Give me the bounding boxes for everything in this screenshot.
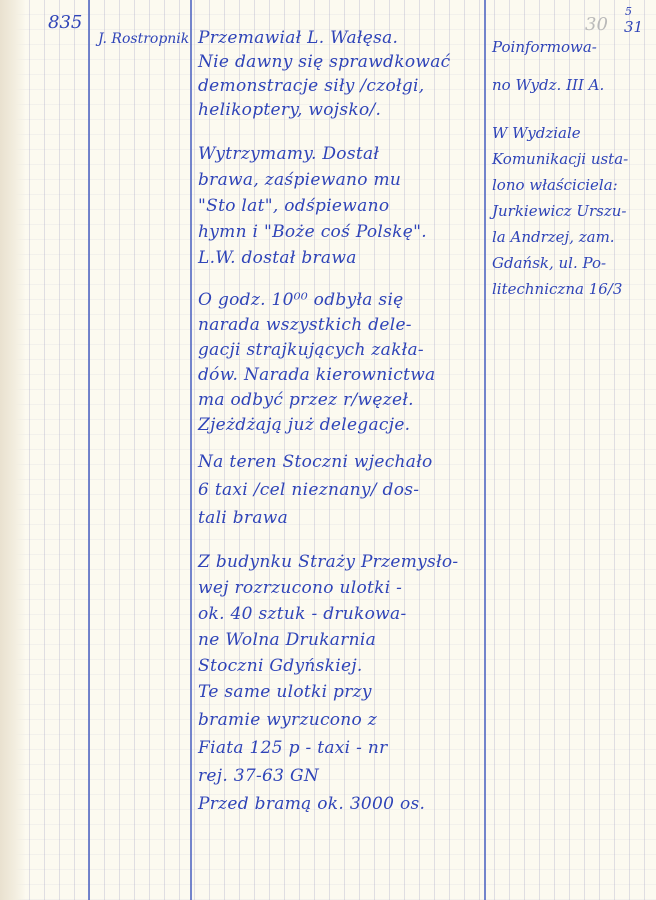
text-line: hymn i "Boże coś Polskę". bbox=[198, 224, 427, 241]
text-line: Fiata 125 p - taxi - nr bbox=[198, 740, 388, 757]
text-line: Jurkiewicz Urszu- bbox=[492, 204, 626, 219]
text-line: Przemawiał L. Wałęsa. bbox=[198, 30, 398, 47]
page-number-ink: 31 bbox=[624, 20, 643, 35]
text-line: W Wydziale bbox=[492, 126, 581, 141]
text-line: tali brawa bbox=[198, 510, 288, 527]
text-line: litechniczna 16/3 bbox=[492, 282, 622, 297]
text-line: Z budynku Straży Przemysło- bbox=[198, 554, 458, 571]
text-line: "Sto lat", odśpiewano bbox=[198, 198, 389, 215]
page-edge-stain bbox=[0, 0, 26, 900]
column-divider-3 bbox=[484, 0, 486, 900]
text-line: Komunikacji usta- bbox=[492, 152, 628, 167]
text-line: dów. Narada kierownictwa bbox=[198, 367, 436, 384]
text-line: no Wydz. III A. bbox=[492, 78, 604, 93]
text-line: bramie wyrzucono z bbox=[198, 712, 377, 729]
text-line: lono właściciela: bbox=[492, 178, 618, 193]
text-line: Przed bramą ok. 3000 os. bbox=[198, 796, 425, 813]
text-line: brawa, zaśpiewano mu bbox=[198, 172, 401, 189]
text-line: ok. 40 sztuk - drukowa- bbox=[198, 606, 407, 623]
text-line: demonstracje siły /czołgi, bbox=[198, 78, 424, 95]
text-line: L.W. dostał brawa bbox=[198, 250, 357, 267]
text-line: Nie dawny się sprawdkować bbox=[198, 54, 450, 71]
text-line: Gdańsk, ul. Po- bbox=[492, 256, 606, 271]
text-line: rej. 37-63 GN bbox=[198, 768, 319, 785]
text-line: Zjeżdżają już delegacje. bbox=[198, 417, 410, 434]
column-divider-1 bbox=[88, 0, 90, 900]
text-line: Na teren Stoczni wjechało bbox=[198, 454, 433, 471]
entry-number: 835 bbox=[48, 14, 82, 32]
notebook-page: 835 J. Rostropnik 30 5 31 Przemawiał L. … bbox=[0, 0, 656, 900]
text-line: helikoptery, wojsko/. bbox=[198, 102, 381, 119]
text-line: ma odbyć przez r/węzeł. bbox=[198, 392, 414, 409]
text-line: Stoczni Gdyńskiej. bbox=[198, 658, 363, 675]
text-line: Te same ulotki przy bbox=[198, 684, 372, 701]
text-line: narada wszystkich dele- bbox=[198, 317, 412, 334]
text-line: Poinformowa- bbox=[492, 40, 597, 55]
text-line: 6 taxi /cel nieznany/ dos- bbox=[198, 482, 419, 499]
column-divider-2 bbox=[190, 0, 192, 900]
text-line: wej rozrzucono ulotki - bbox=[198, 580, 402, 597]
person-name: J. Rostropnik bbox=[98, 32, 189, 46]
page-number-pencil: 30 bbox=[585, 16, 608, 34]
page-number-ink-top: 5 bbox=[625, 6, 632, 17]
text-line: O godz. 10⁰⁰ odbyła się bbox=[198, 292, 404, 309]
text-line: Wytrzymamy. Dostał bbox=[198, 146, 379, 163]
text-line: ne Wolna Drukarnia bbox=[198, 632, 376, 649]
text-line: gacji strajkujących zakła- bbox=[198, 342, 424, 359]
text-line: la Andrzej, zam. bbox=[492, 230, 615, 245]
